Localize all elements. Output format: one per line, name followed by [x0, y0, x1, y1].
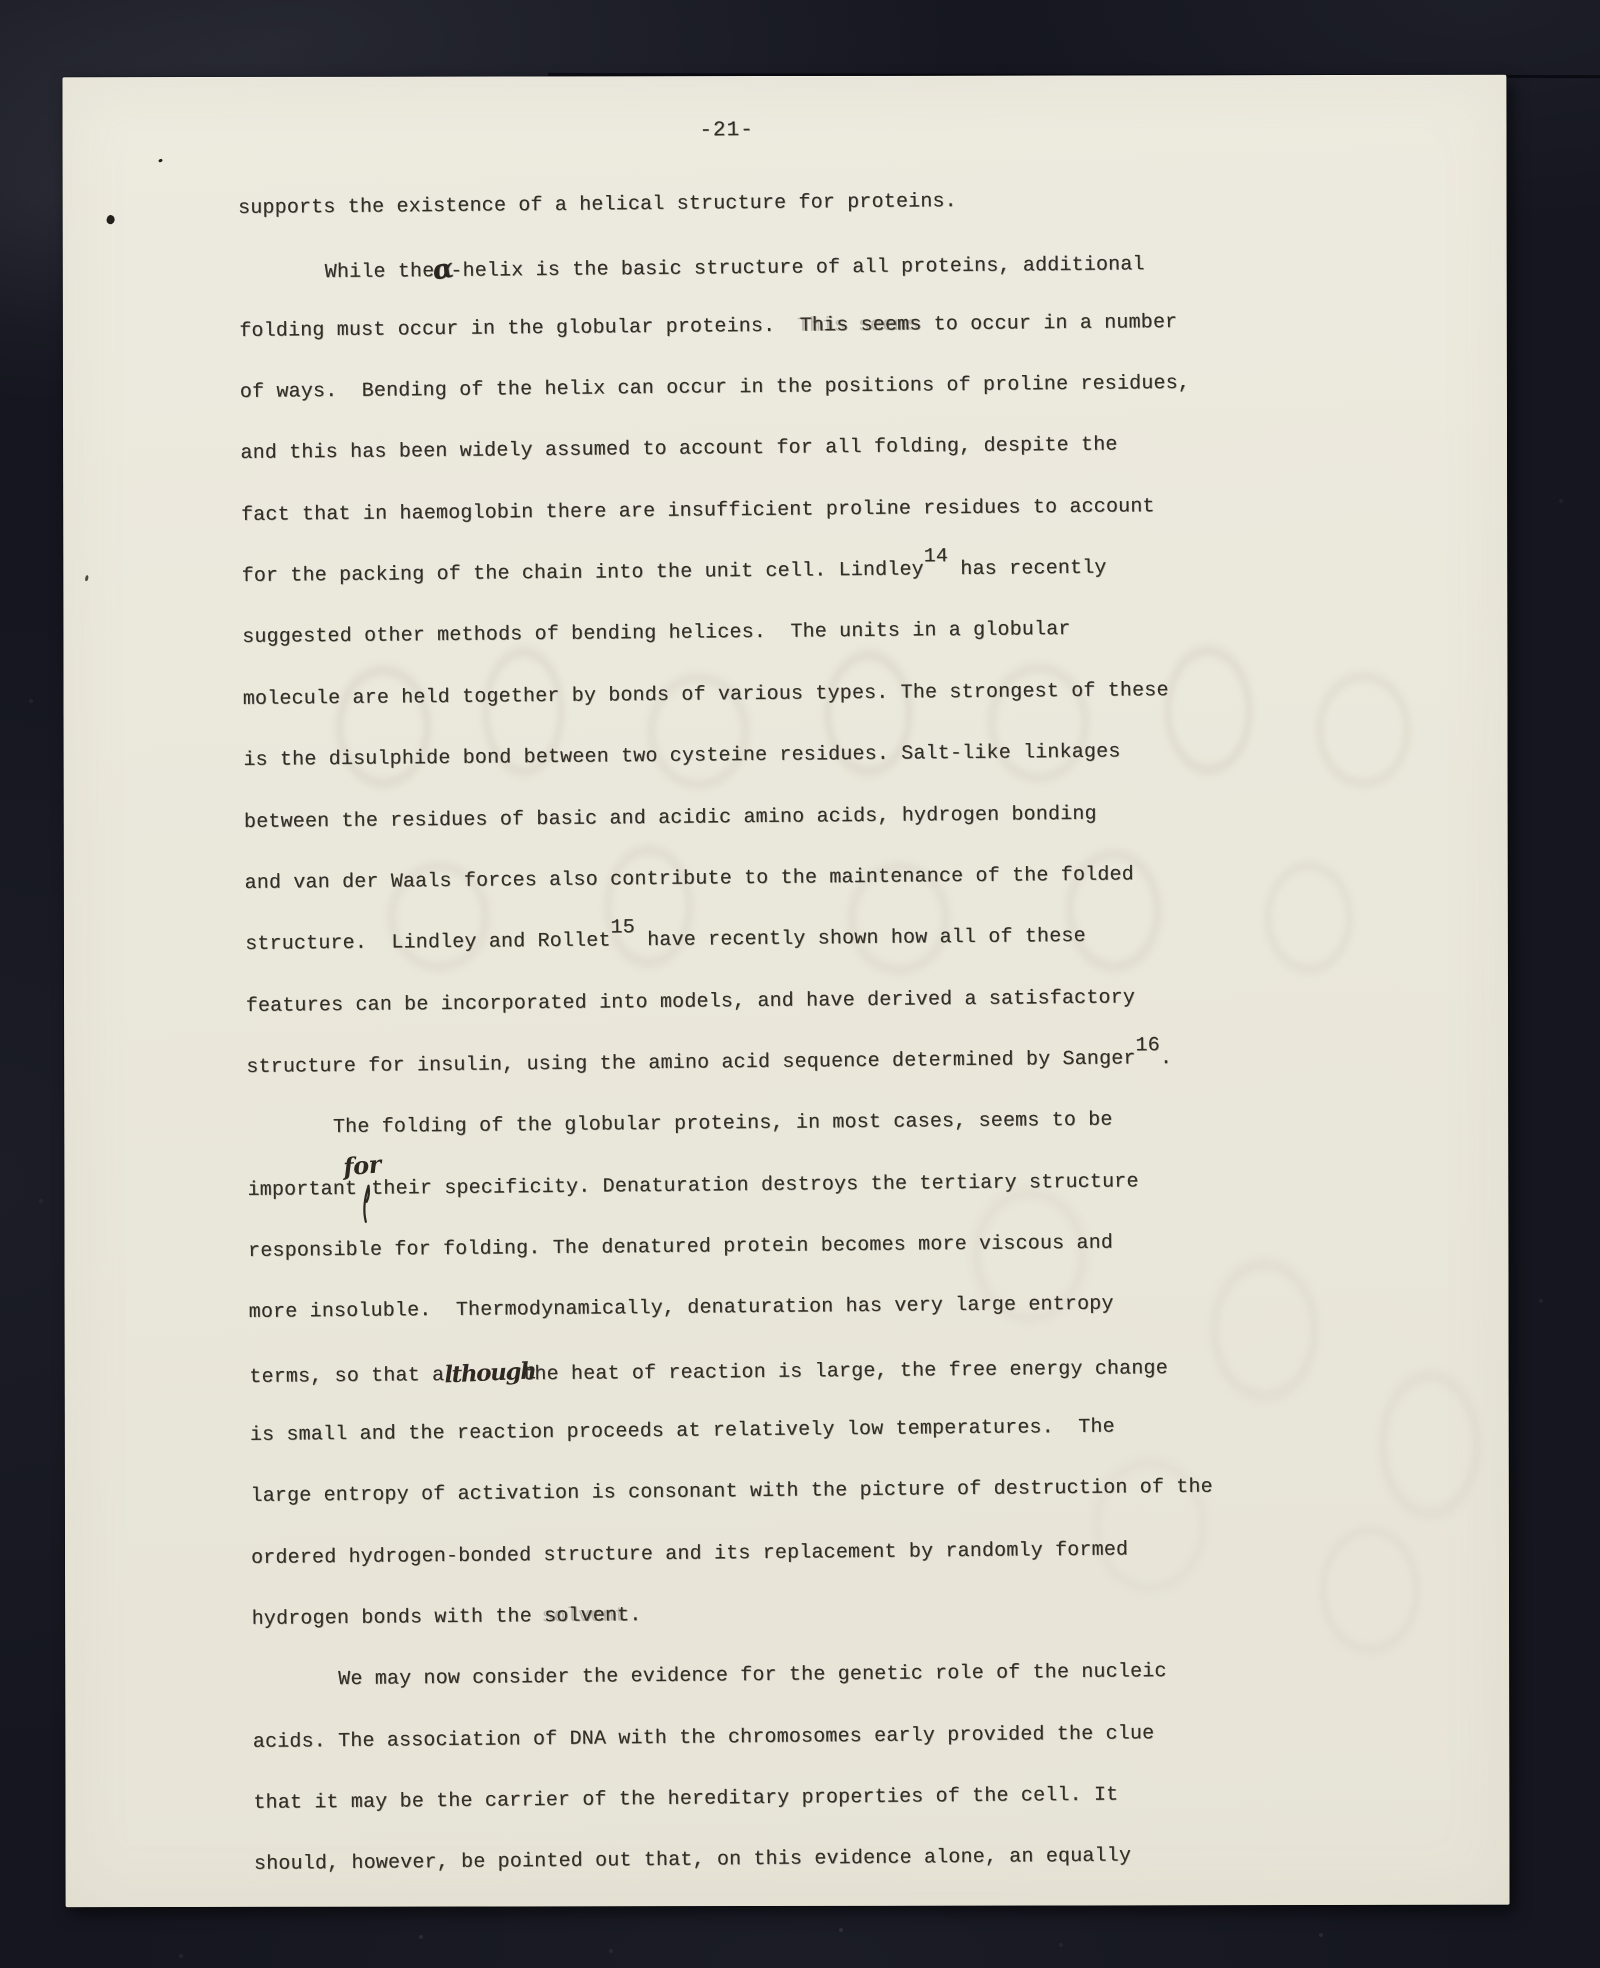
typed-line: and van der Waals forces also contribute…	[244, 862, 1134, 897]
typed-line: importantfortheir specificity. Denaturat…	[247, 1169, 1138, 1204]
typed-text: between the residues of basic and acidic…	[244, 802, 1097, 833]
reference-superscript: 15	[610, 915, 635, 941]
typed-text: fact that in haemoglobin there are insuf…	[241, 495, 1155, 527]
typed-text: features can be incorporated into models…	[246, 986, 1135, 1018]
typed-text: and this has been widely assumed to acco…	[240, 434, 1117, 465]
reference-superscript: 16	[1135, 1033, 1160, 1059]
typed-text: important	[247, 1177, 357, 1201]
typed-line: The folding of the globular proteins, in…	[333, 1108, 1113, 1141]
typed-text: has recently	[948, 557, 1107, 582]
typed-line: should, however, be pointed out that, on…	[254, 1844, 1131, 1878]
typed-line: responsible for folding. The denatured p…	[248, 1231, 1113, 1265]
typed-text: that it may be the carrier of the heredi…	[253, 1784, 1118, 1815]
overstruck-text: This seems	[800, 313, 922, 337]
typed-text: large entropy of activation is consonant…	[250, 1476, 1213, 1508]
typed-text: more insoluble. Thermodynamically, denat…	[249, 1293, 1114, 1324]
typed-line: is the disulphide bond between two cyste…	[243, 740, 1120, 774]
typed-line: of ways. Bending of the helix can occur …	[240, 371, 1190, 406]
typed-text: have recently shown how all of these	[635, 925, 1086, 952]
typed-text: their specificity. Denaturation destroys…	[371, 1170, 1139, 1200]
handwritten-alpha-symbol: α	[431, 256, 456, 285]
typed-line: We may now consider the evidence for the…	[338, 1660, 1167, 1694]
typed-line: for the packing of the chain into the un…	[242, 556, 1107, 590]
typed-text: for the packing of the chain into the un…	[242, 559, 924, 589]
typed-line: supports the existence of a helical stru…	[238, 189, 957, 222]
typed-text: -helix is the basic structure of all pro…	[450, 254, 1145, 284]
typed-text: supports the existence of a helical stru…	[238, 190, 957, 220]
typed-line: acids. The association of DNA with the c…	[253, 1721, 1155, 1756]
typed-text: .	[629, 1604, 641, 1627]
typed-line: structure for insulin, using the amino a…	[246, 1046, 1172, 1081]
typed-text: suggested other methods of bending helic…	[242, 618, 1071, 649]
typed-line: terms, so that althoughthe heat of react…	[249, 1353, 1168, 1391]
typed-text: the heat of reaction is large, the free …	[522, 1357, 1168, 1386]
typed-text: is small and the reaction proceeds at re…	[250, 1416, 1115, 1447]
typed-text: structure. Lindley and Rollet	[245, 930, 611, 957]
typed-text: is the disulphide bond between two cyste…	[243, 741, 1120, 772]
typed-text: to occur in a number	[921, 311, 1177, 336]
typed-text: The folding of the globular proteins, in…	[333, 1109, 1113, 1139]
typed-line: between the residues of basic and acidic…	[244, 801, 1097, 835]
scanned-document-view: -21- supports the existence of a helical…	[0, 0, 1600, 1968]
typed-text: structure for insulin, using the amino a…	[246, 1047, 1135, 1079]
typed-line: While theα-helix is the basic structure …	[325, 249, 1145, 287]
typed-line: features can be incorporated into models…	[246, 985, 1136, 1020]
typed-line: and this has been widely assumed to acco…	[240, 433, 1117, 467]
typed-text: of ways. Bending of the helix can occur …	[240, 372, 1190, 404]
typed-line: ordered hydrogen-bonded structure and it…	[251, 1537, 1128, 1571]
typed-text: molecule are held together by bonds of v…	[243, 679, 1169, 711]
typed-line: folding must occur in the globular prote…	[239, 310, 1177, 345]
typed-line: molecule are held together by bonds of v…	[243, 678, 1169, 713]
caret-stroke	[359, 1183, 373, 1223]
typed-line: large entropy of activation is consonant…	[250, 1475, 1213, 1510]
reference-superscript: 14	[924, 544, 949, 570]
page-number: -21-	[699, 119, 809, 143]
typed-text: acids. The association of DNA with the c…	[253, 1722, 1155, 1754]
typed-text: We may now consider the evidence for the…	[338, 1661, 1167, 1692]
overstruck-text: solvent	[544, 1604, 629, 1628]
typed-text: While the	[325, 260, 435, 284]
typed-lines: supports the existence of a helical stru…	[0, 0, 1598, 2]
typed-text: folding must occur in the globular prote…	[239, 314, 800, 342]
typed-text: .	[1160, 1047, 1172, 1070]
typed-text: ordered hydrogen-bonded structure and it…	[251, 1538, 1128, 1569]
typed-line: more insoluble. Thermodynamically, denat…	[249, 1292, 1114, 1326]
typed-text: hydrogen bonds with the	[252, 1605, 545, 1631]
typed-text: should, however, be pointed out that, on…	[254, 1845, 1131, 1876]
typed-text: responsible for folding. The denatured p…	[248, 1232, 1113, 1263]
typed-line: structure. Lindley and Rollet15 have rec…	[245, 924, 1086, 958]
typed-line: hydrogen bonds with the solvent.	[252, 1603, 642, 1633]
typed-line: that it may be the carrier of the heredi…	[253, 1783, 1118, 1817]
typed-line: suggested other methods of bending helic…	[242, 617, 1071, 651]
handwritten-correction: lthough	[444, 1359, 523, 1388]
typed-text: terms, so that a	[249, 1364, 444, 1389]
typed-line: is small and the reaction proceeds at re…	[250, 1415, 1115, 1449]
handwritten-insertion: for	[342, 1151, 381, 1180]
typed-text: and van der Waals forces also contribute…	[244, 863, 1133, 895]
typed-text-block: -21- supports the existence of a helical…	[0, 0, 1600, 1968]
typed-line: fact that in haemoglobin there are insuf…	[241, 494, 1155, 529]
